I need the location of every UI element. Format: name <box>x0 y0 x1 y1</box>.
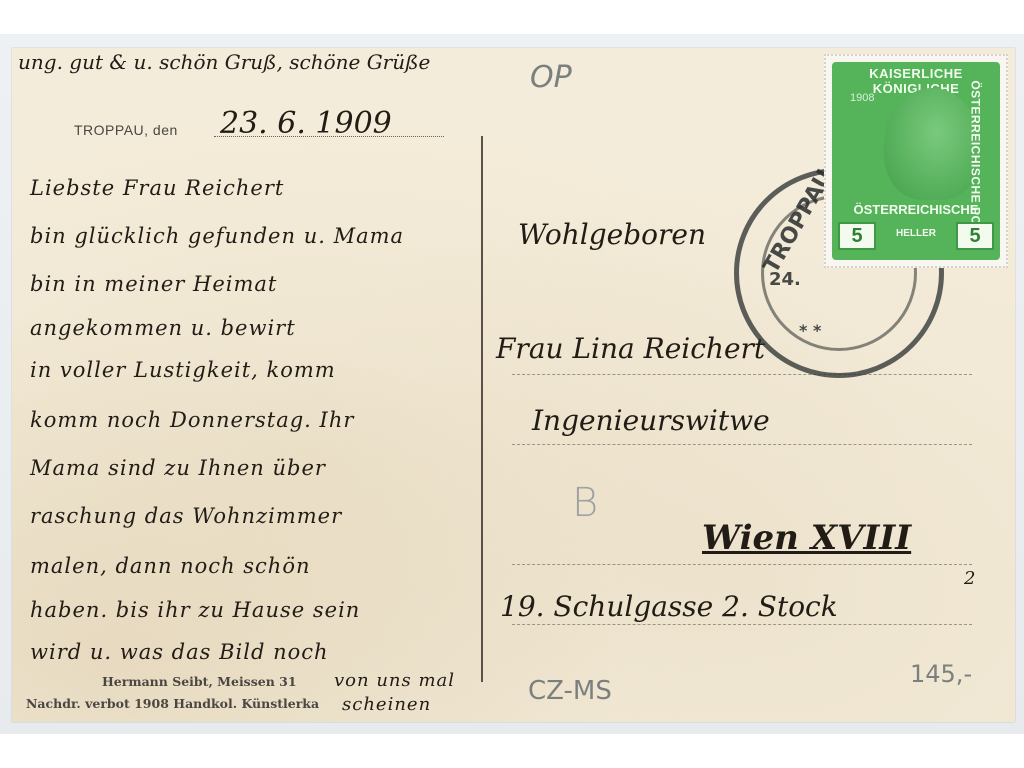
emperor-portrait-icon <box>884 88 980 200</box>
postmark-date: 24. <box>769 269 801 290</box>
message-line: Mama sind zu Ihnen über <box>30 456 326 480</box>
message-line: raschung das Wohnzimmer <box>30 504 342 528</box>
address-dotted-line <box>512 374 972 375</box>
postage-stamp: KAISERLICHE KÖNIGLICHE 1908 KAIS.KÖN. ÖS… <box>824 54 1008 268</box>
pencil-mark-op: OP <box>530 60 572 95</box>
address-occupation: Ingenieurswitwe <box>532 404 770 437</box>
message-line: komm noch Donnerstag. Ihr <box>30 408 354 432</box>
publisher-imprint-line1: Hermann Seibt, Meissen 31 <box>102 674 297 689</box>
message-line: haben. bis ihr zu Hause sein <box>30 598 360 622</box>
postmark-stars: * * <box>799 321 821 340</box>
message-line: malen, dann noch schön <box>30 554 311 578</box>
stamp-year: 1908 <box>850 92 874 104</box>
pencil-mark-price: 145,- <box>910 660 972 688</box>
postcard-back: ung. gut & u. schön Gruß, schöne Grüße T… <box>12 48 1015 722</box>
pencil-mark-cz-ms: CZ-MS <box>528 676 612 706</box>
message-line: bin glücklich gefunden u. Mama <box>30 224 404 248</box>
address-dotted-line <box>512 564 972 565</box>
handwritten-date: 23. 6. 1909 <box>220 106 392 141</box>
stamp-value-right: 5 <box>956 222 994 250</box>
printed-place-label: TROPPAU, den <box>74 122 178 138</box>
pencil-mark-b: B <box>572 480 598 526</box>
center-divider <box>481 136 483 682</box>
address-dotted-line <box>512 444 972 445</box>
top-margin-note: ung. gut & u. schön Gruß, schöne Grüße <box>18 50 430 74</box>
message-line: angekommen u. bewirt <box>30 316 296 340</box>
stamp-right-text: ÖSTERREICHISCHE POST <box>968 80 982 241</box>
address-salutation: Wohlgeboren <box>518 218 706 251</box>
address-city: Wien XVIII <box>702 518 911 558</box>
address-district-superscript: 2 <box>964 568 975 589</box>
stamp-middle-text: ÖSTERREICHISCHE <box>842 202 990 217</box>
message-line: scheinen <box>342 694 431 715</box>
address-name: Frau Lina Reichert <box>496 332 765 365</box>
publisher-imprint-line2: Nachdr. verbot 1908 Handkol. Künstlerka <box>26 696 319 711</box>
message-line: bin in meiner Heimat <box>30 272 277 296</box>
message-line: wird u. was das Bild noch <box>30 640 329 664</box>
address-dotted-line <box>512 624 972 625</box>
message-line: von uns mal <box>334 670 455 691</box>
message-line: in voller Lustigkeit, komm <box>30 358 336 382</box>
message-line: Liebste Frau Reichert <box>30 176 284 200</box>
address-street: 19. Schulgasse 2. Stock <box>500 590 838 623</box>
